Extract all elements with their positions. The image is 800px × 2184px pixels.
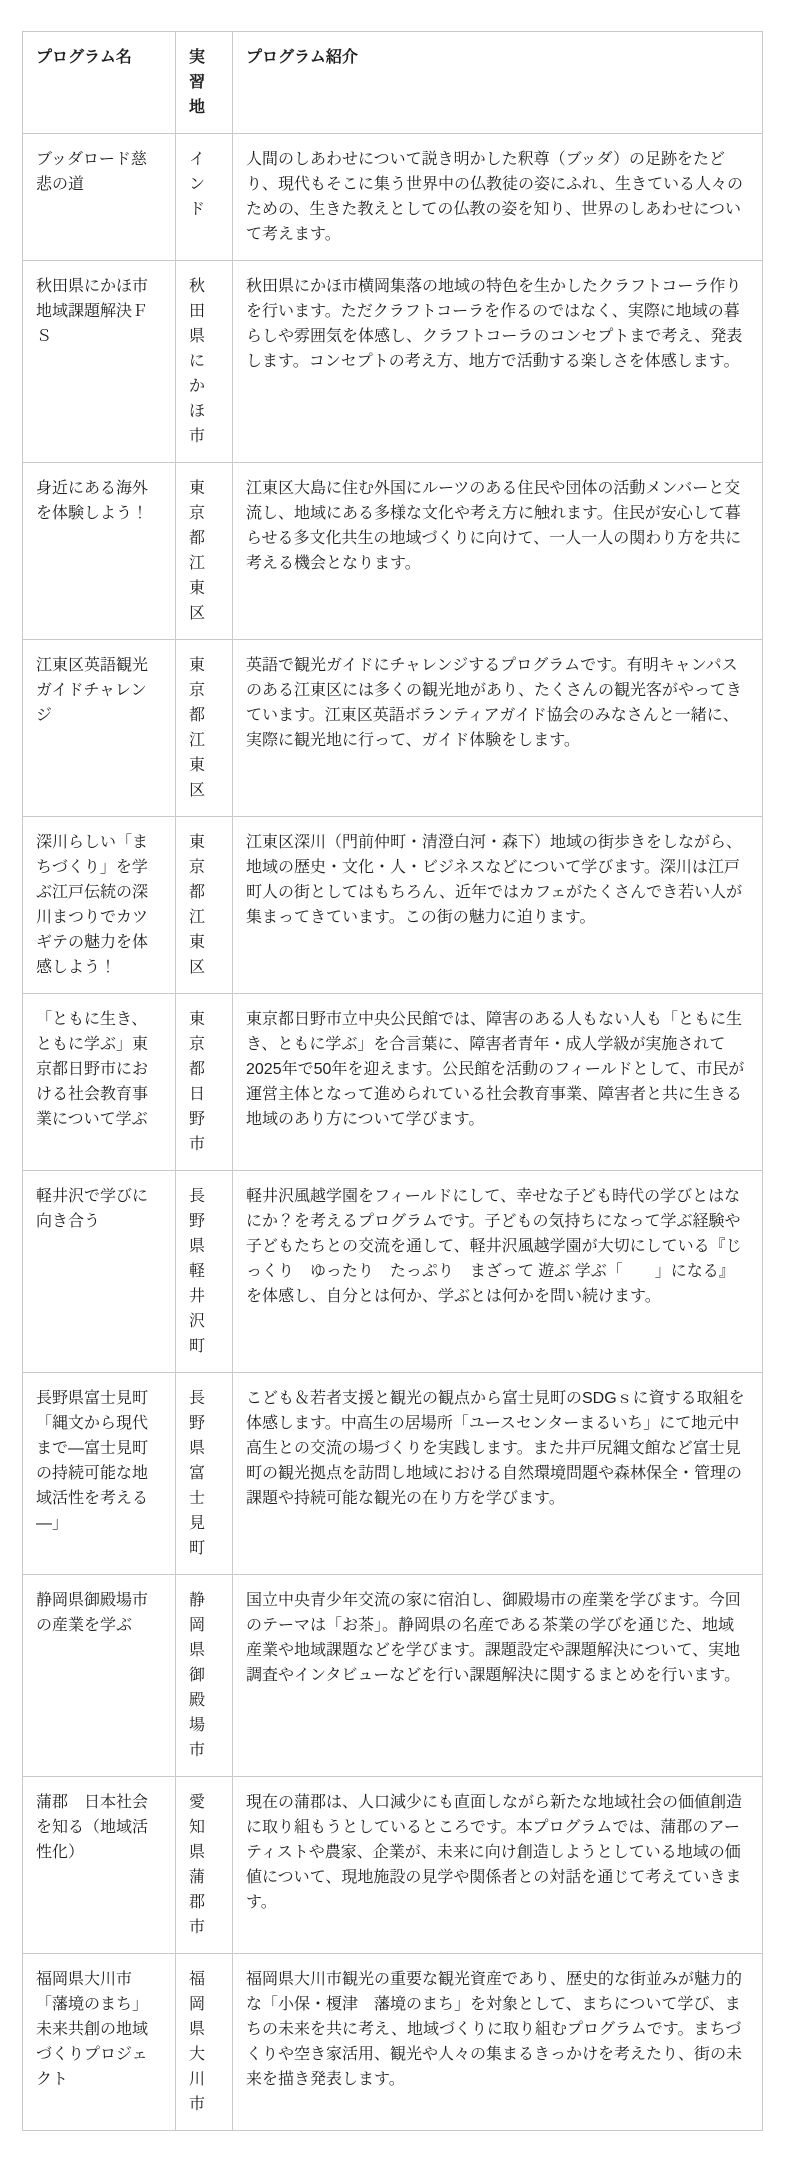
- table-row: 長野県富士見町「縄文から現代まで―富士見町の持続可能な地域活性を考える―」 長野…: [23, 1373, 763, 1575]
- description-cell: 江東区深川（門前仲町・清澄白河・森下）地域の街歩きをしながら、地域の歴史・文化・…: [233, 817, 763, 994]
- location-cell: 福岡県大川市: [176, 1954, 233, 2131]
- description-cell: 秋田県にかほ市横岡集落の地域の特色を生かしたクラフトコーラ作りを行います。ただク…: [233, 261, 763, 463]
- program-name-cell: 「ともに生き、ともに学ぶ」東京都日野市における社会教育事業について学ぶ: [23, 994, 176, 1171]
- description-cell: 軽井沢風越学園をフィールドにして、幸せな子ども時代の学びとはなにか？を考えるプロ…: [233, 1171, 763, 1373]
- table-row: 「ともに生き、ともに学ぶ」東京都日野市における社会教育事業について学ぶ 東京都日…: [23, 994, 763, 1171]
- description-cell: 英語で観光ガイドにチャレンジするプログラムです。有明キャンパスのある江東区には多…: [233, 640, 763, 817]
- program-name-cell: ブッダロード慈悲の道: [23, 134, 176, 261]
- description-cell: 現在の蒲郡は、人口減少にも直面しながら新たな地域社会の価値創造に取り組もうとして…: [233, 1777, 763, 1954]
- column-header-program-intro: プログラム紹介: [233, 32, 763, 134]
- program-name-cell: 福岡県大川市「藩境のまち」未来共創の地域づくりプロジェクト: [23, 1954, 176, 2131]
- page: プログラム名 実習地 プログラム紹介 ブッダロード慈悲の道 インド 人間のしあわ…: [0, 0, 800, 2184]
- table-row: 蒲郡 日本社会を知る（地域活性化） 愛知県蒲郡市 現在の蒲郡は、人口減少にも直面…: [23, 1777, 763, 1954]
- description-cell: 東京都日野市立中央公民館では、障害のある人もない人も「ともに生き、ともに学ぶ」を…: [233, 994, 763, 1171]
- description-cell: こども＆若者支援と観光の観点から富士見町のSDGｓに資する取組を体感します。中高…: [233, 1373, 763, 1575]
- program-name-cell: 軽井沢で学びに向き合う: [23, 1171, 176, 1373]
- location-cell: 長野県軽井沢町: [176, 1171, 233, 1373]
- location-cell: 東京都江東区: [176, 817, 233, 994]
- table-row: 福岡県大川市「藩境のまち」未来共創の地域づくりプロジェクト 福岡県大川市 福岡県…: [23, 1954, 763, 2131]
- location-cell: インド: [176, 134, 233, 261]
- location-cell: 静岡県御殿場市: [176, 1575, 233, 1777]
- description-cell: 人間のしあわせについて説き明かした釈尊（ブッダ）の足跡をたどり、現代もそこに集う…: [233, 134, 763, 261]
- header-row: プログラム名 実習地 プログラム紹介: [23, 32, 763, 134]
- table-row: 深川らしい「まちづくり」を学ぶ江戸伝統の深川まつりでカツギテの魅力を体感しよう！…: [23, 817, 763, 994]
- location-cell: 東京都日野市: [176, 994, 233, 1171]
- table-row: 軽井沢で学びに向き合う 長野県軽井沢町 軽井沢風越学園をフィールドにして、幸せな…: [23, 1171, 763, 1373]
- program-name-cell: 静岡県御殿場市の産業を学ぶ: [23, 1575, 176, 1777]
- table-row: 身近にある海外を体験しよう！ 東京都江東区 江東区大島に住む外国にルーツのある住…: [23, 463, 763, 640]
- table-row: ブッダロード慈悲の道 インド 人間のしあわせについて説き明かした釈尊（ブッダ）の…: [23, 134, 763, 261]
- program-name-cell: 長野県富士見町「縄文から現代まで―富士見町の持続可能な地域活性を考える―」: [23, 1373, 176, 1575]
- table-row: 静岡県御殿場市の産業を学ぶ 静岡県御殿場市 国立中央青少年交流の家に宿泊し、御殿…: [23, 1575, 763, 1777]
- program-table: プログラム名 実習地 プログラム紹介 ブッダロード慈悲の道 インド 人間のしあわ…: [22, 31, 763, 2131]
- location-cell: 東京都江東区: [176, 640, 233, 817]
- column-header-program-name: プログラム名: [23, 32, 176, 134]
- location-cell: 東京都江東区: [176, 463, 233, 640]
- description-cell: 江東区大島に住む外国にルーツのある住民や団体の活動メンバーと交流し、地域にある多…: [233, 463, 763, 640]
- program-name-cell: 秋田県にかほ市地域課題解決ＦＳ: [23, 261, 176, 463]
- location-cell: 愛知県蒲郡市: [176, 1777, 233, 1954]
- program-name-cell: 蒲郡 日本社会を知る（地域活性化）: [23, 1777, 176, 1954]
- location-cell: 秋田県にかほ市: [176, 261, 233, 463]
- program-name-cell: 深川らしい「まちづくり」を学ぶ江戸伝統の深川まつりでカツギテの魅力を体感しよう！: [23, 817, 176, 994]
- table-row: 江東区英語観光ガイドチャレンジ 東京都江東区 英語で観光ガイドにチャレンジするプ…: [23, 640, 763, 817]
- table-row: 秋田県にかほ市地域課題解決ＦＳ 秋田県にかほ市 秋田県にかほ市横岡集落の地域の特…: [23, 261, 763, 463]
- description-cell: 福岡県大川市観光の重要な観光資産であり、歴史的な街並みが魅力的な「小保・榎津 藩…: [233, 1954, 763, 2131]
- program-name-cell: 江東区英語観光ガイドチャレンジ: [23, 640, 176, 817]
- program-name-cell: 身近にある海外を体験しよう！: [23, 463, 176, 640]
- column-header-location: 実習地: [176, 32, 233, 134]
- description-cell: 国立中央青少年交流の家に宿泊し、御殿場市の産業を学びます。今回のテーマは「お茶」…: [233, 1575, 763, 1777]
- location-cell: 長野県富士見町: [176, 1373, 233, 1575]
